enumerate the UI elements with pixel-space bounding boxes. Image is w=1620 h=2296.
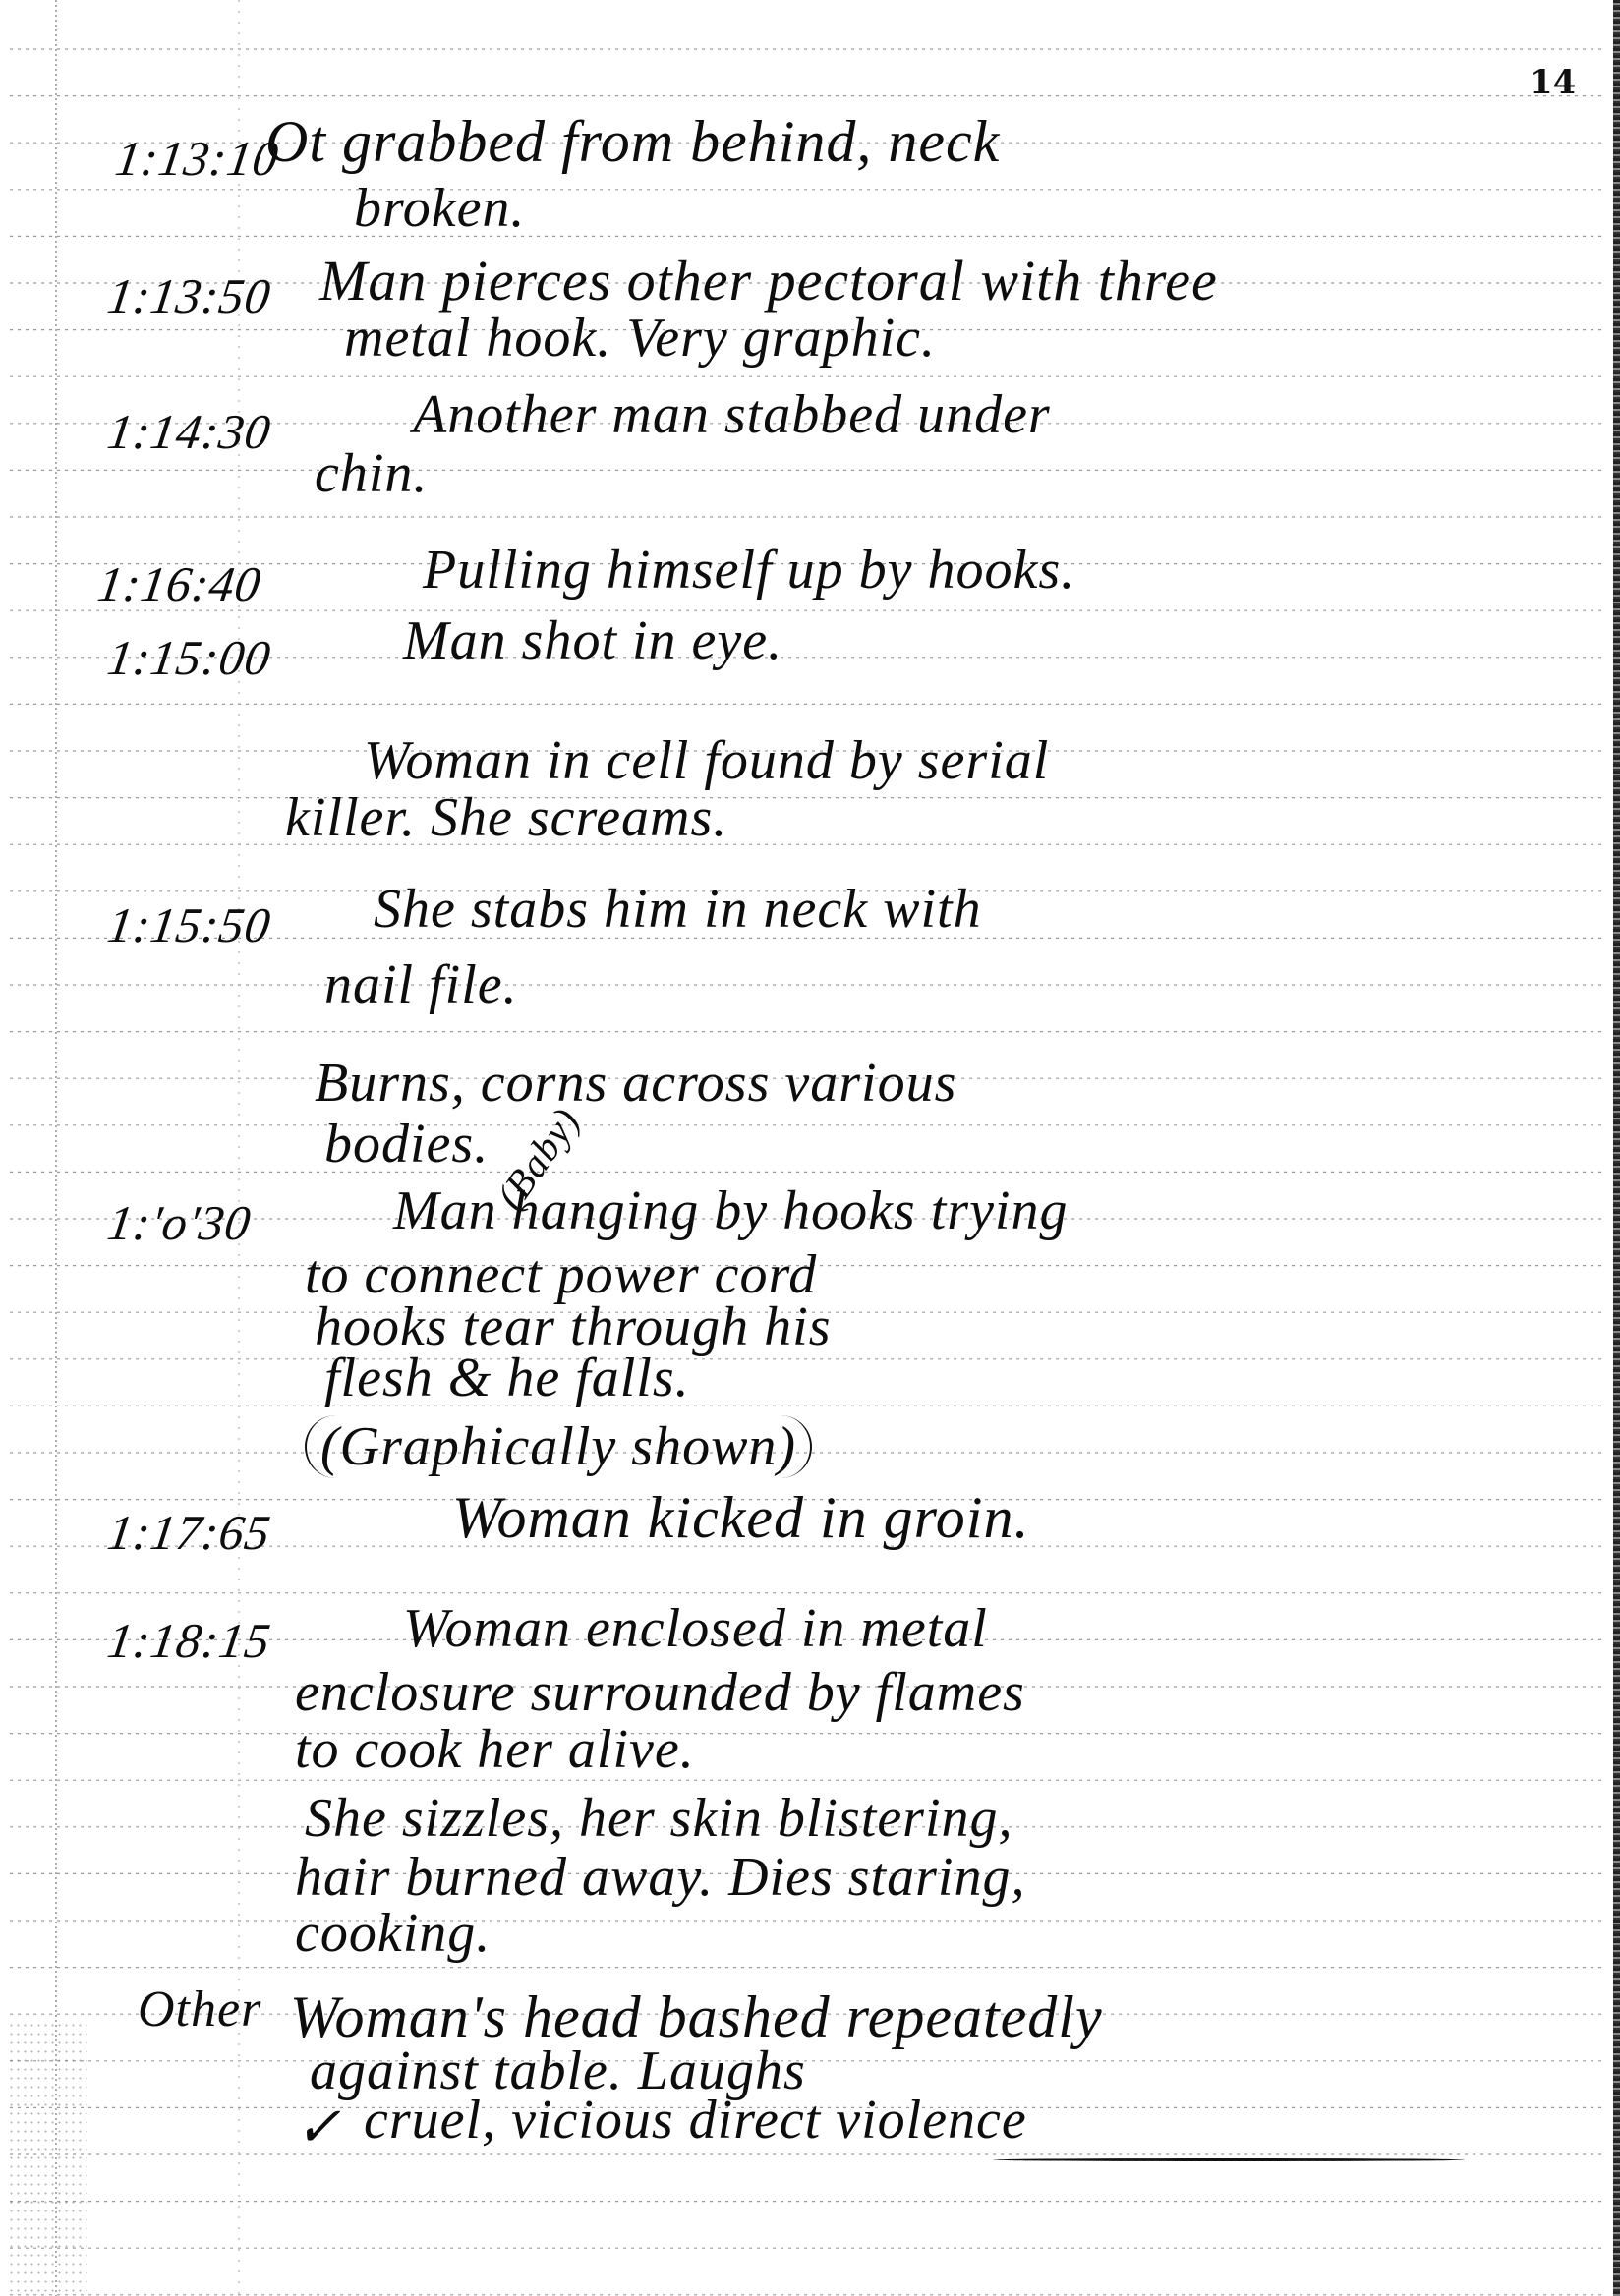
note-line: enclosure surrounded by flames: [295, 1661, 1025, 1724]
timestamp: 1:13:50: [104, 267, 274, 324]
note-line: Pulling himself up by hooks.: [423, 539, 1075, 602]
page-number: 14: [1530, 63, 1576, 102]
checkmark-icon: ✓: [295, 2095, 342, 2159]
scanned-notebook-page: 14 1:13:10 Ot grabbed from behind, neck …: [0, 0, 1620, 2296]
note-line: killer. She screams.: [285, 786, 727, 849]
note-line: to cook her alive.: [295, 1718, 695, 1781]
timestamp: 1:15:50: [104, 896, 274, 953]
note-line: Man shot in eye.: [403, 609, 782, 672]
timestamp: 1:15:00: [104, 629, 274, 686]
timestamp: 1:14:30: [104, 403, 274, 460]
timestamp: 1:'o'30: [104, 1194, 255, 1251]
note-line: She stabs him in neck with: [374, 878, 982, 941]
note-line: Another man stabbed under: [413, 383, 1051, 446]
underline-mark: [993, 2158, 1465, 2161]
note-line: metal hook. Very graphic.: [344, 307, 936, 370]
note-line: Woman kicked in groin.: [452, 1484, 1029, 1552]
note-line: flesh & he falls.: [324, 1347, 690, 1409]
note-line: Burns, corns across various: [315, 1052, 956, 1115]
page-edge-border: [1613, 0, 1620, 2296]
margin-annotation: Other: [138, 1980, 261, 2038]
note-line: chin.: [315, 442, 428, 505]
note-line: Ot grabbed from behind, neck: [265, 108, 1000, 176]
timestamp: 1:13:10: [112, 130, 282, 187]
timestamp: 1:18:15: [104, 1612, 274, 1669]
note-line: cooking.: [295, 1902, 491, 1965]
note-line: (Graphically shown): [305, 1415, 812, 1478]
note-line: Man hanging by hooks trying: [393, 1179, 1068, 1242]
note-line: bodies.: [324, 1113, 489, 1176]
note-line: Woman in cell found by serial: [364, 729, 1049, 792]
note-line: broken.: [354, 177, 525, 240]
note-line: Man pierces other pectoral with three: [319, 248, 1218, 314]
note-line: Woman enclosed in metal: [403, 1597, 988, 1660]
note-line: hair burned away. Dies staring,: [295, 1846, 1025, 1909]
note-line: nail file.: [324, 953, 518, 1016]
scan-noise: [8, 2021, 87, 2296]
note-line: cruel, vicious direct violence: [364, 2089, 1027, 2152]
note-line: She sizzles, her skin blistering,: [305, 1787, 1013, 1850]
timestamp: 1:17:65: [104, 1504, 274, 1561]
timestamp: 1:16:40: [94, 555, 264, 612]
